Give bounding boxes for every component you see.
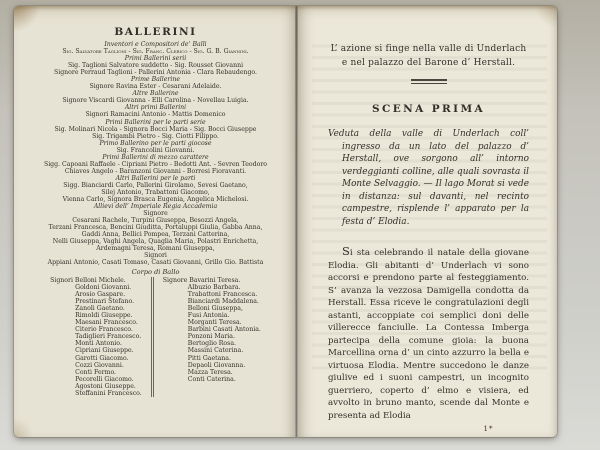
corpo-row: Bertoglio Rosa. bbox=[163, 340, 261, 347]
ballerini-line: Ardemagni Teresa, Romani Giuseppa, bbox=[24, 245, 287, 252]
corpo-row: Cozzi Giovanni. bbox=[50, 362, 142, 369]
page-signature: 1* bbox=[328, 425, 529, 433]
corpo-row: Pitti Gaetana. bbox=[163, 355, 261, 362]
ballerini-list: Inventori e Compositori de’ BalliSig. Sa… bbox=[24, 41, 287, 267]
corpo-row: Conti Caterina. bbox=[163, 376, 261, 383]
ballerini-line: Altri primi Ballerini bbox=[24, 104, 287, 111]
ballerini-line: Appiani Antonio, Casati Tomaso, Casati G… bbox=[24, 259, 287, 266]
corpo-row: Goldoni Giovanni. bbox=[50, 284, 142, 291]
corpo-row: Tadiglieri Francesco. bbox=[50, 333, 142, 340]
book-spread: BALLERINI Inventori e Compositori de’ Ba… bbox=[14, 6, 557, 437]
corpo-row: Conti Fermo. bbox=[50, 369, 142, 376]
ballerini-line: Sig. Molinari Nicola - Signora Bocci Mar… bbox=[24, 126, 287, 133]
right-page-content: L’ azione si finge nella valle di Underl… bbox=[328, 42, 529, 433]
ballerini-line: Signore Ravina Ester - Cesarani Adelaide… bbox=[24, 83, 287, 90]
setting-line-1: L’ azione si finge nella valle di Underl… bbox=[328, 42, 529, 56]
corpo-row: Ponzoni Maria. bbox=[163, 333, 261, 340]
ballerini-line: Allievi dell’ Imperiale Regia Accademia bbox=[24, 203, 287, 210]
corpo-row: Zanoli Gaetano. bbox=[50, 305, 142, 312]
ballerini-line: Signore bbox=[24, 210, 287, 217]
corpo-row: Trabattoni Francesca. bbox=[163, 291, 261, 298]
corpo-row: Citerio Francesco. bbox=[50, 326, 142, 333]
ballerini-line: Chiaves Angelo - Baranzoni Giovanni - Bo… bbox=[24, 168, 287, 175]
ballerini-line: Signore Perraud Taglioni - Pallerini Ant… bbox=[24, 69, 287, 76]
corpo-left-column: Signori Belloni Michele.Goldoni Giovanni… bbox=[50, 277, 151, 397]
ballerini-line: Primi Ballerini di mezzo carattere bbox=[24, 154, 287, 161]
corpo-row: Mazza Teresa. bbox=[163, 369, 261, 376]
ballerini-line: Gaddi Anna, Bellici Pompea, Terzani Catt… bbox=[24, 231, 287, 238]
corpo-row: Maesani Francesco. bbox=[50, 319, 142, 326]
stage-direction: Veduta della valle di Underlach coll’ in… bbox=[328, 128, 529, 228]
ballerini-line: Sig. Francolini Giovanni. bbox=[24, 147, 287, 154]
corpo-row: Massini Caterina. bbox=[163, 347, 261, 354]
ballerini-line: Prime Ballerine bbox=[24, 76, 287, 83]
ballerini-line: Sig. Taglioni Salvatore suddetto - Sig. … bbox=[24, 62, 287, 69]
ballerini-line: Signori bbox=[24, 252, 287, 259]
corpo-row: Prestinari Stefano. bbox=[50, 298, 142, 305]
ballerini-line: Altri Ballerini per le parti bbox=[24, 175, 287, 182]
corpo-row: Arosio Gaspare. bbox=[50, 291, 142, 298]
corpo-row: Belloni Giuseppa, bbox=[163, 305, 261, 312]
corpo-row: Depaoli Giovanna. bbox=[163, 362, 261, 369]
corpo-row: Cipriani Giuseppe. bbox=[50, 347, 142, 354]
corpo-row: Rimoldi Giuseppe. bbox=[50, 312, 142, 319]
corpo-right-column: Signore Bavarini Teresa.Albuzio Barbara.… bbox=[151, 277, 261, 397]
ballerini-line: Sigg. Capoani Raffaele - Cipriani Pietro… bbox=[24, 161, 287, 168]
corpo-row: Pecorelli Giacomo. bbox=[50, 376, 142, 383]
double-rule-divider bbox=[411, 79, 447, 84]
corpo-row: Albuzio Barbara. bbox=[163, 284, 261, 291]
corpo-di-ballo: Signori Belloni Michele.Goldoni Giovanni… bbox=[24, 277, 287, 397]
ballerini-line: Primi Ballerini per le parti serie bbox=[24, 119, 287, 126]
ballerini-line: Silej Antonio, Trabattoni Giacomo, bbox=[24, 189, 287, 196]
synopsis-paragraph: Si sta celebrando il natale della giovan… bbox=[328, 245, 529, 422]
ballerini-line: Signori Ramacini Antonio - Mattis Domeni… bbox=[24, 111, 287, 118]
right-page: L’ azione si finge nella valle di Underl… bbox=[298, 6, 557, 437]
left-page-content: BALLERINI Inventori e Compositori de’ Ba… bbox=[24, 26, 287, 397]
ballerini-line: Sig. Trigambi Pietro - Sig. Ciotti Filip… bbox=[24, 133, 287, 140]
setting-line-2: e nel palazzo del Barone d’ Herstall. bbox=[328, 56, 529, 70]
ballerini-line: Inventori e Compositori de’ Balli bbox=[24, 41, 287, 48]
ballerini-title: BALLERINI bbox=[24, 26, 287, 38]
corpo-row: Signori Belloni Michele. bbox=[50, 277, 142, 284]
ballerini-line: Altre Ballerine bbox=[24, 90, 287, 97]
ballerini-line: Sig. Salvatore Taglioni - Sig. Franc. Cl… bbox=[24, 48, 287, 55]
corpo-row: Bianciardi Maddalena. bbox=[163, 298, 261, 305]
scene-heading: SCENA PRIMA bbox=[328, 103, 529, 115]
ballerini-line: Sigg. Bianciardi Carlo, Pallerini Girola… bbox=[24, 182, 287, 189]
ballerini-line: Primo Ballerino per le parti giocose bbox=[24, 140, 287, 147]
corpo-row: Monti Antonio. bbox=[50, 340, 142, 347]
corpo-row: Morganti Teresa. bbox=[163, 319, 261, 326]
corpo-row: Barbini Casati Antonia. bbox=[163, 326, 261, 333]
corpo-row: Steffanini Francesco. bbox=[50, 390, 142, 397]
corpo-row: Fusi Antonia. bbox=[163, 312, 261, 319]
ballerini-line: Cesarani Rachele, Turpini Giuseppa, Beso… bbox=[24, 217, 287, 224]
corpo-di-ballo-heading: Corpo di Ballo bbox=[24, 268, 287, 277]
ballerini-line: Terzani Francesca, Bencini Giuditta, Por… bbox=[24, 224, 287, 231]
ballerini-line: Signore Viscardi Giovanna - Elli Carolin… bbox=[24, 97, 287, 104]
ballerini-line: Nelli Giuseppa, Vaghi Angela, Quaglia Ma… bbox=[24, 238, 287, 245]
corpo-row: Garotti Giacomo. bbox=[50, 355, 142, 362]
left-page: BALLERINI Inventori e Compositori de’ Ba… bbox=[14, 6, 295, 437]
ballerini-line: Vienna Carlo, Signora Brasca Eugenia, An… bbox=[24, 196, 287, 203]
ballerini-line: Primi Ballerini serii bbox=[24, 55, 287, 62]
corpo-row: Signore Bavarini Teresa. bbox=[163, 277, 261, 284]
corpo-row: Agostoni Giuseppe. bbox=[50, 383, 142, 390]
